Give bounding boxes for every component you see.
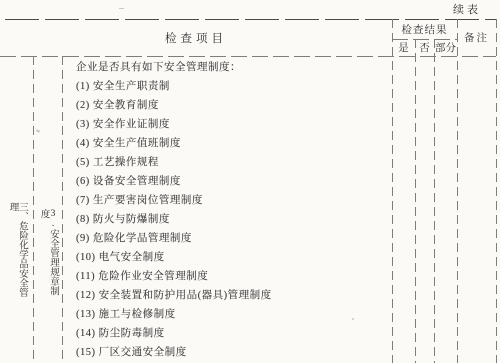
checklist-item-5: (5) 工艺操作规程: [76, 153, 388, 172]
section-subsection-vertical-label: 3.安全管理规章制度: [33, 209, 62, 301]
checklist-body: 企业是否具有如下安全管理制度： (1) 安全生产职责制 (2) 安全教育制度 (…: [76, 58, 388, 362]
checklist-item-7: (7) 生产要害岗位管理制度: [76, 191, 388, 210]
partial-remarks-divider: [457, 19, 458, 363]
header-remarks: 备注: [457, 19, 496, 56]
section-category-vertical-label: 三、危险化学品安全管理: [0, 202, 33, 306]
subsection-column-divider: [62, 56, 63, 363]
checklist-item-11: (11) 危险作业安全管理制度: [76, 267, 388, 286]
scan-speck: [119, 8, 124, 9]
checklist-item-10: (10) 电气安全制度: [76, 248, 388, 267]
header-inspection-items: 检查项目: [0, 19, 392, 56]
checklist-item-14: (14) 防尘防毒制度: [76, 324, 388, 343]
no-partial-divider: [434, 39, 435, 363]
header-result-no: 否: [415, 39, 434, 56]
checklist-intro: 企业是否具有如下安全管理制度：: [76, 58, 388, 77]
header-result-yes: 是: [392, 39, 415, 56]
table-right-border: [496, 19, 497, 363]
checklist-item-13: (13) 施工与检修制度: [76, 305, 388, 324]
checklist-item-6: (6) 设备安全管理制度: [76, 172, 388, 191]
checklist-item-1: (1) 安全生产职责制: [76, 77, 388, 96]
header-result-partial: 部分: [434, 39, 457, 56]
continued-table-label: 续表: [453, 1, 481, 17]
checklist-item-3: (3) 安全作业证制度: [76, 115, 388, 134]
yes-no-divider: [415, 39, 416, 363]
scanned-checklist-page: 续表 检查项目 检查结果 是 否 部分 备注 三、危险化学品安全管理 3.安全管…: [0, 0, 500, 363]
scan-speck: [36, 129, 40, 133]
result-column-left-divider: [392, 19, 393, 363]
checklist-item-4: (4) 安全生产值班制度: [76, 134, 388, 153]
header-bottom-border: [0, 56, 496, 57]
scan-speck: [352, 318, 354, 320]
header-inspection-result: 检查结果: [392, 19, 457, 39]
checklist-item-8: (8) 防火与防爆制度: [76, 210, 388, 229]
checklist-item-15: (15) 厂区交通安全制度: [76, 343, 388, 362]
checklist-item-12: (12) 安全装置和防护用品(器具)管理制度: [76, 286, 388, 305]
checklist-item-9: (9) 危险化学品管理制度: [76, 229, 388, 248]
checklist-item-2: (2) 安全教育制度: [76, 96, 388, 115]
